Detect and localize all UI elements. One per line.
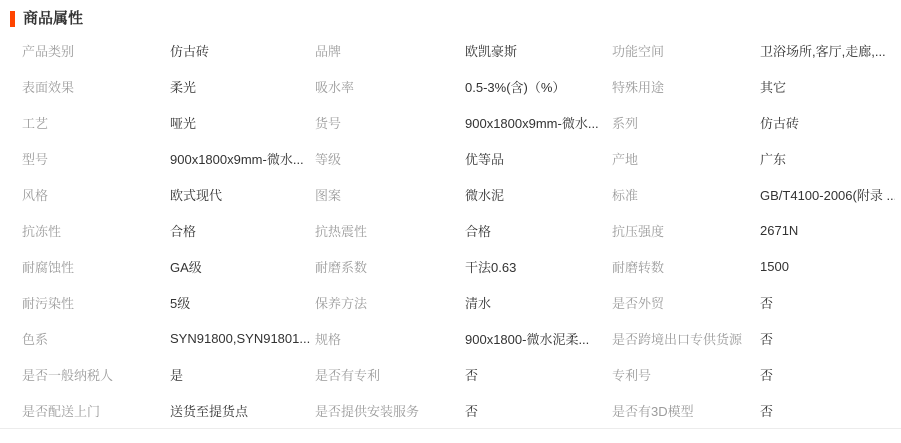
attribute-row: 产品类别仿古砖 品牌欧凯豪斯 功能空间卫浴场所,客厅,走廊,... [0,32,901,68]
attribute-row: 耐腐蚀性GA级 耐磨系数干法0.63 耐磨转数1500 [0,248,901,284]
attribute-value: 5级 [170,293,315,312]
attribute-label: 规格 [315,329,465,348]
accent-bar-icon [10,11,15,27]
attribute-label: 耐污染性 [22,293,170,312]
attribute-label: 型号 [22,149,170,168]
attribute-label: 抗冻性 [22,221,170,240]
attribute-label: 耐磨系数 [315,257,465,276]
attribute-value: 干法0.63 [465,257,612,276]
attribute-row: 是否一般纳税人是 是否有专利否 专利号否 [0,356,901,392]
attribute-label: 是否有专利 [315,365,465,384]
attribute-value: 900x1800x9mm-微水... [170,149,315,168]
product-attributes-table: 产品类别仿古砖 品牌欧凯豪斯 功能空间卫浴场所,客厅,走廊,... 表面效果柔光… [0,32,901,429]
attribute-value: 1500 [760,259,895,274]
attribute-value: 是 [170,365,315,384]
attribute-row: 风格欧式现代 图案微水泥 标准GB/T4100-2006(附录 ... [0,176,901,212]
attribute-value: 优等品 [465,149,612,168]
attribute-value: 清水 [465,293,612,312]
attribute-value: 0.5-3%(含)（%） [465,77,612,96]
attribute-label: 抗压强度 [612,221,760,240]
attribute-label: 产品类别 [22,41,170,60]
attribute-value: 欧式现代 [170,185,315,204]
attribute-value: 微水泥 [465,185,612,204]
attribute-label: 系列 [612,113,760,132]
attribute-value: GB/T4100-2006(附录 ... [760,185,895,204]
attribute-row: 工艺哑光 货号900x1800x9mm-微水... 系列仿古砖 [0,104,901,140]
attribute-value: 否 [760,329,895,348]
attribute-value: 欧凯豪斯 [465,41,612,60]
attribute-value: 广东 [760,149,895,168]
attribute-label: 功能空间 [612,41,760,60]
attribute-label: 产地 [612,149,760,168]
attribute-row: 抗冻性合格 抗热震性合格 抗压强度2671N [0,212,901,248]
attribute-value: SYN91800,SYN91801... [170,331,315,346]
attribute-value: 否 [465,365,612,384]
attribute-label: 货号 [315,113,465,132]
attribute-label: 风格 [22,185,170,204]
attribute-label: 是否跨境出口专供货源 [612,329,760,348]
attribute-value: 仿古砖 [760,113,895,132]
attribute-label: 是否配送上门 [22,401,170,420]
attribute-label: 耐磨转数 [612,257,760,276]
attribute-row: 型号900x1800x9mm-微水... 等级优等品 产地广东 [0,140,901,176]
attribute-value: 合格 [465,221,612,240]
attribute-label: 耐腐蚀性 [22,257,170,276]
attribute-value: GA级 [170,257,315,276]
section-title: 商品属性 [23,11,83,27]
attribute-value: 否 [760,401,895,420]
attribute-value: 其它 [760,77,895,96]
attribute-value: 柔光 [170,77,315,96]
attribute-label: 是否外贸 [612,293,760,312]
attribute-value: 卫浴场所,客厅,走廊,... [760,41,895,60]
attribute-value: 2671N [760,223,895,238]
attribute-label: 表面效果 [22,77,170,96]
attribute-value: 送货至提货点 [170,401,315,420]
attribute-value: 否 [760,365,895,384]
attribute-row: 色系SYN91800,SYN91801... 规格900x1800-微水泥柔..… [0,320,901,356]
attribute-value: 否 [465,401,612,420]
attribute-label: 特殊用途 [612,77,760,96]
attribute-label: 标准 [612,185,760,204]
attribute-value: 仿古砖 [170,41,315,60]
attribute-value: 哑光 [170,113,315,132]
section-header: 商品属性 [0,0,901,28]
attribute-row: 是否配送上门送货至提货点 是否提供安装服务否 是否有3D模型否 [0,392,901,428]
attribute-label: 图案 [315,185,465,204]
attribute-value: 900x1800-微水泥柔... [465,329,612,348]
attribute-value: 否 [760,293,895,312]
attribute-label: 吸水率 [315,77,465,96]
attribute-row: 耐污染性5级 保养方法清水 是否外贸否 [0,284,901,320]
attribute-value: 合格 [170,221,315,240]
attribute-label: 工艺 [22,113,170,132]
attribute-label: 等级 [315,149,465,168]
attribute-label: 抗热震性 [315,221,465,240]
attribute-label: 是否提供安装服务 [315,401,465,420]
attribute-label: 是否有3D模型 [612,401,760,420]
attribute-label: 品牌 [315,41,465,60]
attribute-label: 是否一般纳税人 [22,365,170,384]
attribute-label: 色系 [22,329,170,348]
attribute-row: 表面效果柔光 吸水率0.5-3%(含)（%） 特殊用途其它 [0,68,901,104]
attribute-label: 专利号 [612,365,760,384]
attribute-value: 900x1800x9mm-微水... [465,113,612,132]
attribute-label: 保养方法 [315,293,465,312]
